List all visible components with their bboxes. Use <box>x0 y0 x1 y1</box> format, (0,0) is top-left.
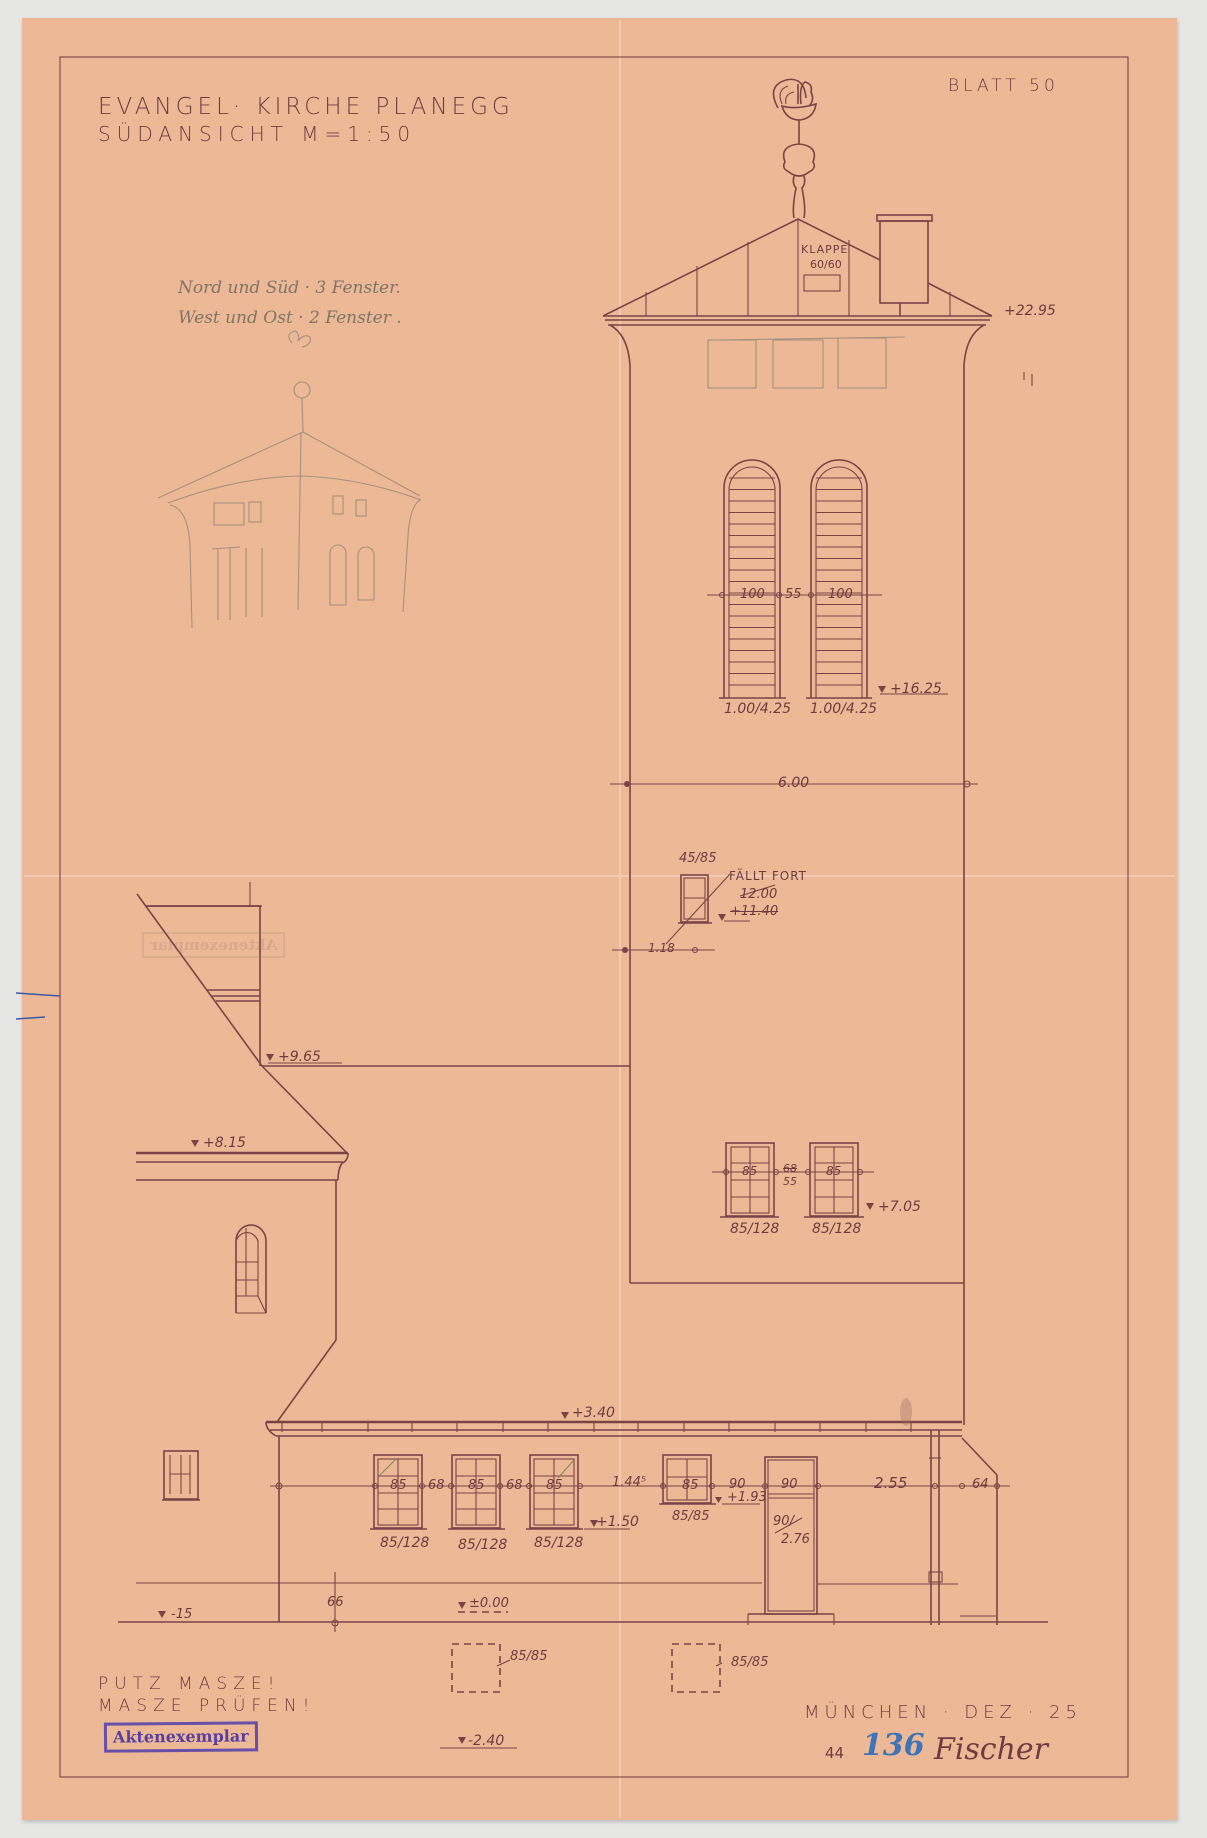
elevation-drawing <box>0 0 1207 1838</box>
dim-belfry-left: 100 <box>740 588 765 601</box>
pencil-sound-openings <box>708 337 905 388</box>
level-ground: ±0.00 <box>469 1597 509 1610</box>
rooster-weathervane-icon <box>774 79 817 144</box>
gable-edge-lower <box>262 1066 346 1152</box>
size-annex-small-window: 85/85 <box>672 1510 709 1523</box>
blue-mark <box>16 993 60 996</box>
size-annex-window-2: 85/128 <box>458 1538 507 1552</box>
drawing-title: EVANGEL· KIRCHE PLANEGG <box>98 96 514 119</box>
note-check-dimensions: MASZE PRÜFEN! <box>98 1698 315 1715</box>
dim-annex-gap-2: 68 <box>506 1479 523 1492</box>
tower-lower-window-right <box>804 1143 864 1217</box>
dim-annex-window-3: 85 <box>546 1479 563 1492</box>
size-annex-window-1: 85/128 <box>380 1536 429 1550</box>
dim-tower-window-right: 85 <box>826 1165 841 1177</box>
archive-stamp: Aktenexemplar <box>104 1721 258 1752</box>
place-date: MÜNCHEN · DEZ · 25 <box>804 1704 1082 1722</box>
nave-arched-window <box>236 1225 266 1313</box>
chimney-cap <box>877 215 932 221</box>
dim-annex-gap-3: 1.44⁵ <box>612 1476 646 1489</box>
size-door-bottom: 2.76 <box>781 1533 810 1546</box>
size-tower-window-left: 85/128 <box>730 1222 779 1236</box>
size-basement-opening-2: 85/85 <box>731 1656 768 1669</box>
dim-tower-gap-struck: 68 <box>783 1163 797 1174</box>
level-small-window-new: 12.00 <box>740 888 777 901</box>
archive-number: 136 <box>862 1728 925 1763</box>
size-belfry-right: 1.00/4.25 <box>810 702 877 716</box>
dim-tower-width: 6.00 <box>778 776 809 790</box>
finial-stem <box>793 176 804 218</box>
nave <box>118 882 1048 1622</box>
louvers <box>729 478 862 685</box>
dim-small-window-offset: 1.18 <box>648 942 675 954</box>
level-annex-window-sill: +1.50 <box>596 1515 639 1529</box>
archive-prefix: 44 <box>825 1744 844 1762</box>
pencil-note-line-1: Nord und Süd · 3 Fenster. <box>178 278 401 298</box>
dim-door-width: 90 <box>781 1478 798 1491</box>
level-annex-small-window-sill: +1.93 <box>727 1491 767 1504</box>
level-left-ground: -15 <box>171 1608 192 1621</box>
level-annex-eaves: +3.40 <box>572 1406 615 1420</box>
dim-belfry-right: 100 <box>828 588 853 601</box>
size-small-window: 45/85 <box>679 852 716 865</box>
roof-posts <box>646 219 950 316</box>
finial-ball <box>784 144 815 176</box>
tower <box>603 79 992 1425</box>
hatch-size: 60/60 <box>810 259 842 270</box>
dim-annex-window-1: 85 <box>390 1479 407 1492</box>
dim-annex-gap-5: 2.55 <box>874 1476 907 1491</box>
dim-plinth-offset: 66 <box>327 1596 344 1609</box>
pencil-sketch-tower <box>158 331 421 628</box>
architect-signature: Fischer <box>934 1732 1048 1767</box>
drawing-subtitle: SÜDANSICHT M=1:50 <box>98 124 416 144</box>
sheet-number: BLATT 50 <box>948 78 1059 95</box>
roof-hatch <box>804 275 840 291</box>
size-door-top: 90/ <box>773 1515 794 1528</box>
dim-tower-window-left: 85 <box>742 1165 757 1177</box>
downpipe <box>929 1430 942 1625</box>
size-tower-window-right: 85/128 <box>812 1222 861 1236</box>
gable-edge-upper <box>137 894 262 1066</box>
dim-annex-small-window: 85 <box>682 1479 699 1492</box>
dim-annex-gap-1: 68 <box>428 1479 445 1492</box>
level-nave-ridge: +9.65 <box>278 1050 321 1064</box>
hatch-label: KLAPPE <box>801 244 848 255</box>
tower-lower-window-left <box>720 1143 779 1217</box>
basement-opening-1 <box>452 1644 500 1692</box>
dim-annex-gap-6: 64 <box>972 1478 989 1491</box>
level-belfry-sill: +16.25 <box>890 682 942 696</box>
dim-annex-window-2: 85 <box>468 1479 485 1492</box>
tower-roof-right <box>928 283 992 316</box>
size-basement-opening-1: 85/85 <box>510 1650 547 1663</box>
pencil-note-line-2: West und Ost · 2 Fenster . <box>178 308 402 328</box>
basement-opening-2 <box>672 1644 720 1692</box>
level-basement: -2.40 <box>468 1734 504 1748</box>
stamp-ghost-mirror: Aktenexemplar <box>142 932 285 958</box>
size-annex-window-3: 85/128 <box>534 1536 583 1550</box>
blue-mark <box>16 1017 45 1019</box>
chimney <box>880 221 928 303</box>
note-plaster-dimensions: PUTZ MASZE! <box>98 1676 280 1693</box>
level-nave-cornice: +8.15 <box>203 1136 246 1150</box>
size-belfry-left: 1.00/4.25 <box>724 702 791 716</box>
dim-belfry-gap: 55 <box>785 588 802 601</box>
dim-tower-gap: 55 <box>783 1176 797 1187</box>
note-removed: FÄLLT FORT <box>729 870 807 882</box>
level-tower-eaves: +22.95 <box>1004 304 1056 318</box>
level-tower-window-sill: +7.05 <box>878 1200 921 1214</box>
level-small-window-old: +11.40 <box>730 905 778 918</box>
